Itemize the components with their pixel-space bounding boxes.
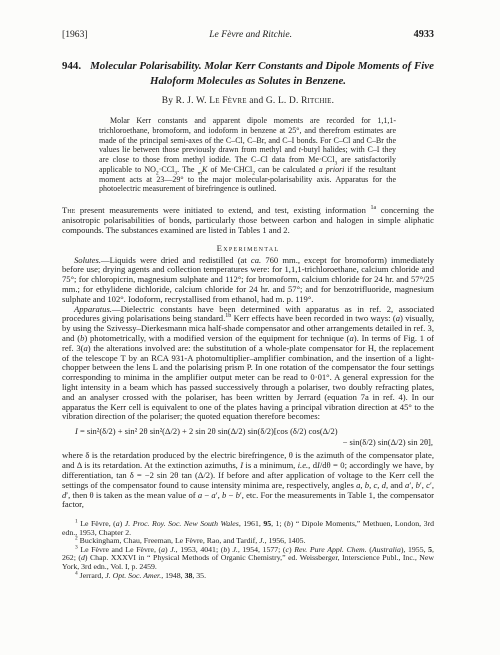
footnote-4: 4 Jerrard, J. Opt. Soc. Amer., 1948, 38,… (62, 572, 434, 581)
intro-paragraph: The present measurements were initiated … (62, 206, 434, 235)
article-title-block: 944.Molecular Polarisability. Molar Kerr… (62, 59, 434, 91)
section-heading-experimental: Experimental (62, 243, 434, 253)
footnotes: 1 Le Fèvre, (a) J. Proc. Roy. Soc. New S… (62, 520, 434, 580)
displayed-equation: I = sin²(δ/2) + sin² 2θ sin²(Δ/2) + 2 si… (62, 426, 434, 447)
article-title: Molecular Polarisability. Molar Kerr Con… (90, 60, 434, 88)
apparatus-paragraph: Apparatus.—Dielectric constants have bee… (62, 305, 434, 423)
footnote-3: 3 Le Fèvre and Le Fèvre, (a) J., 1953, 4… (62, 546, 434, 572)
abstract: Molar Kerr constants and apparent dipole… (99, 116, 396, 194)
equation-line-2: − sin(δ/2) sin(Δ/2) sin 2θ], (62, 437, 434, 448)
article-number: 944. (62, 60, 90, 72)
footnote-1: 1 Le Fèvre, (a) J. Proc. Roy. Soc. New S… (62, 520, 434, 537)
where-paragraph: where δ is the retardation produced by t… (62, 451, 434, 510)
running-title: Le Fèvre and Ritchie. (88, 30, 414, 41)
running-head: [1963] Le Fèvre and Ritchie. 4933 (62, 29, 434, 41)
byline: By R. J. W. Le Fèvre and G. L. D. Ritchi… (62, 96, 434, 106)
page-number: 4933 (414, 29, 434, 40)
solutes-paragraph: Solutes.—Liquids were dried and redistil… (62, 256, 434, 305)
equation-line-1: I = sin²(δ/2) + sin² 2θ sin²(Δ/2) + 2 si… (62, 426, 434, 437)
issue-year: [1963] (62, 30, 88, 41)
page-content: [1963] Le Fèvre and Ritchie. 4933 944.Mo… (62, 29, 434, 580)
journal-page: [1963] Le Fèvre and Ritchie. 4933 944.Mo… (0, 0, 500, 655)
